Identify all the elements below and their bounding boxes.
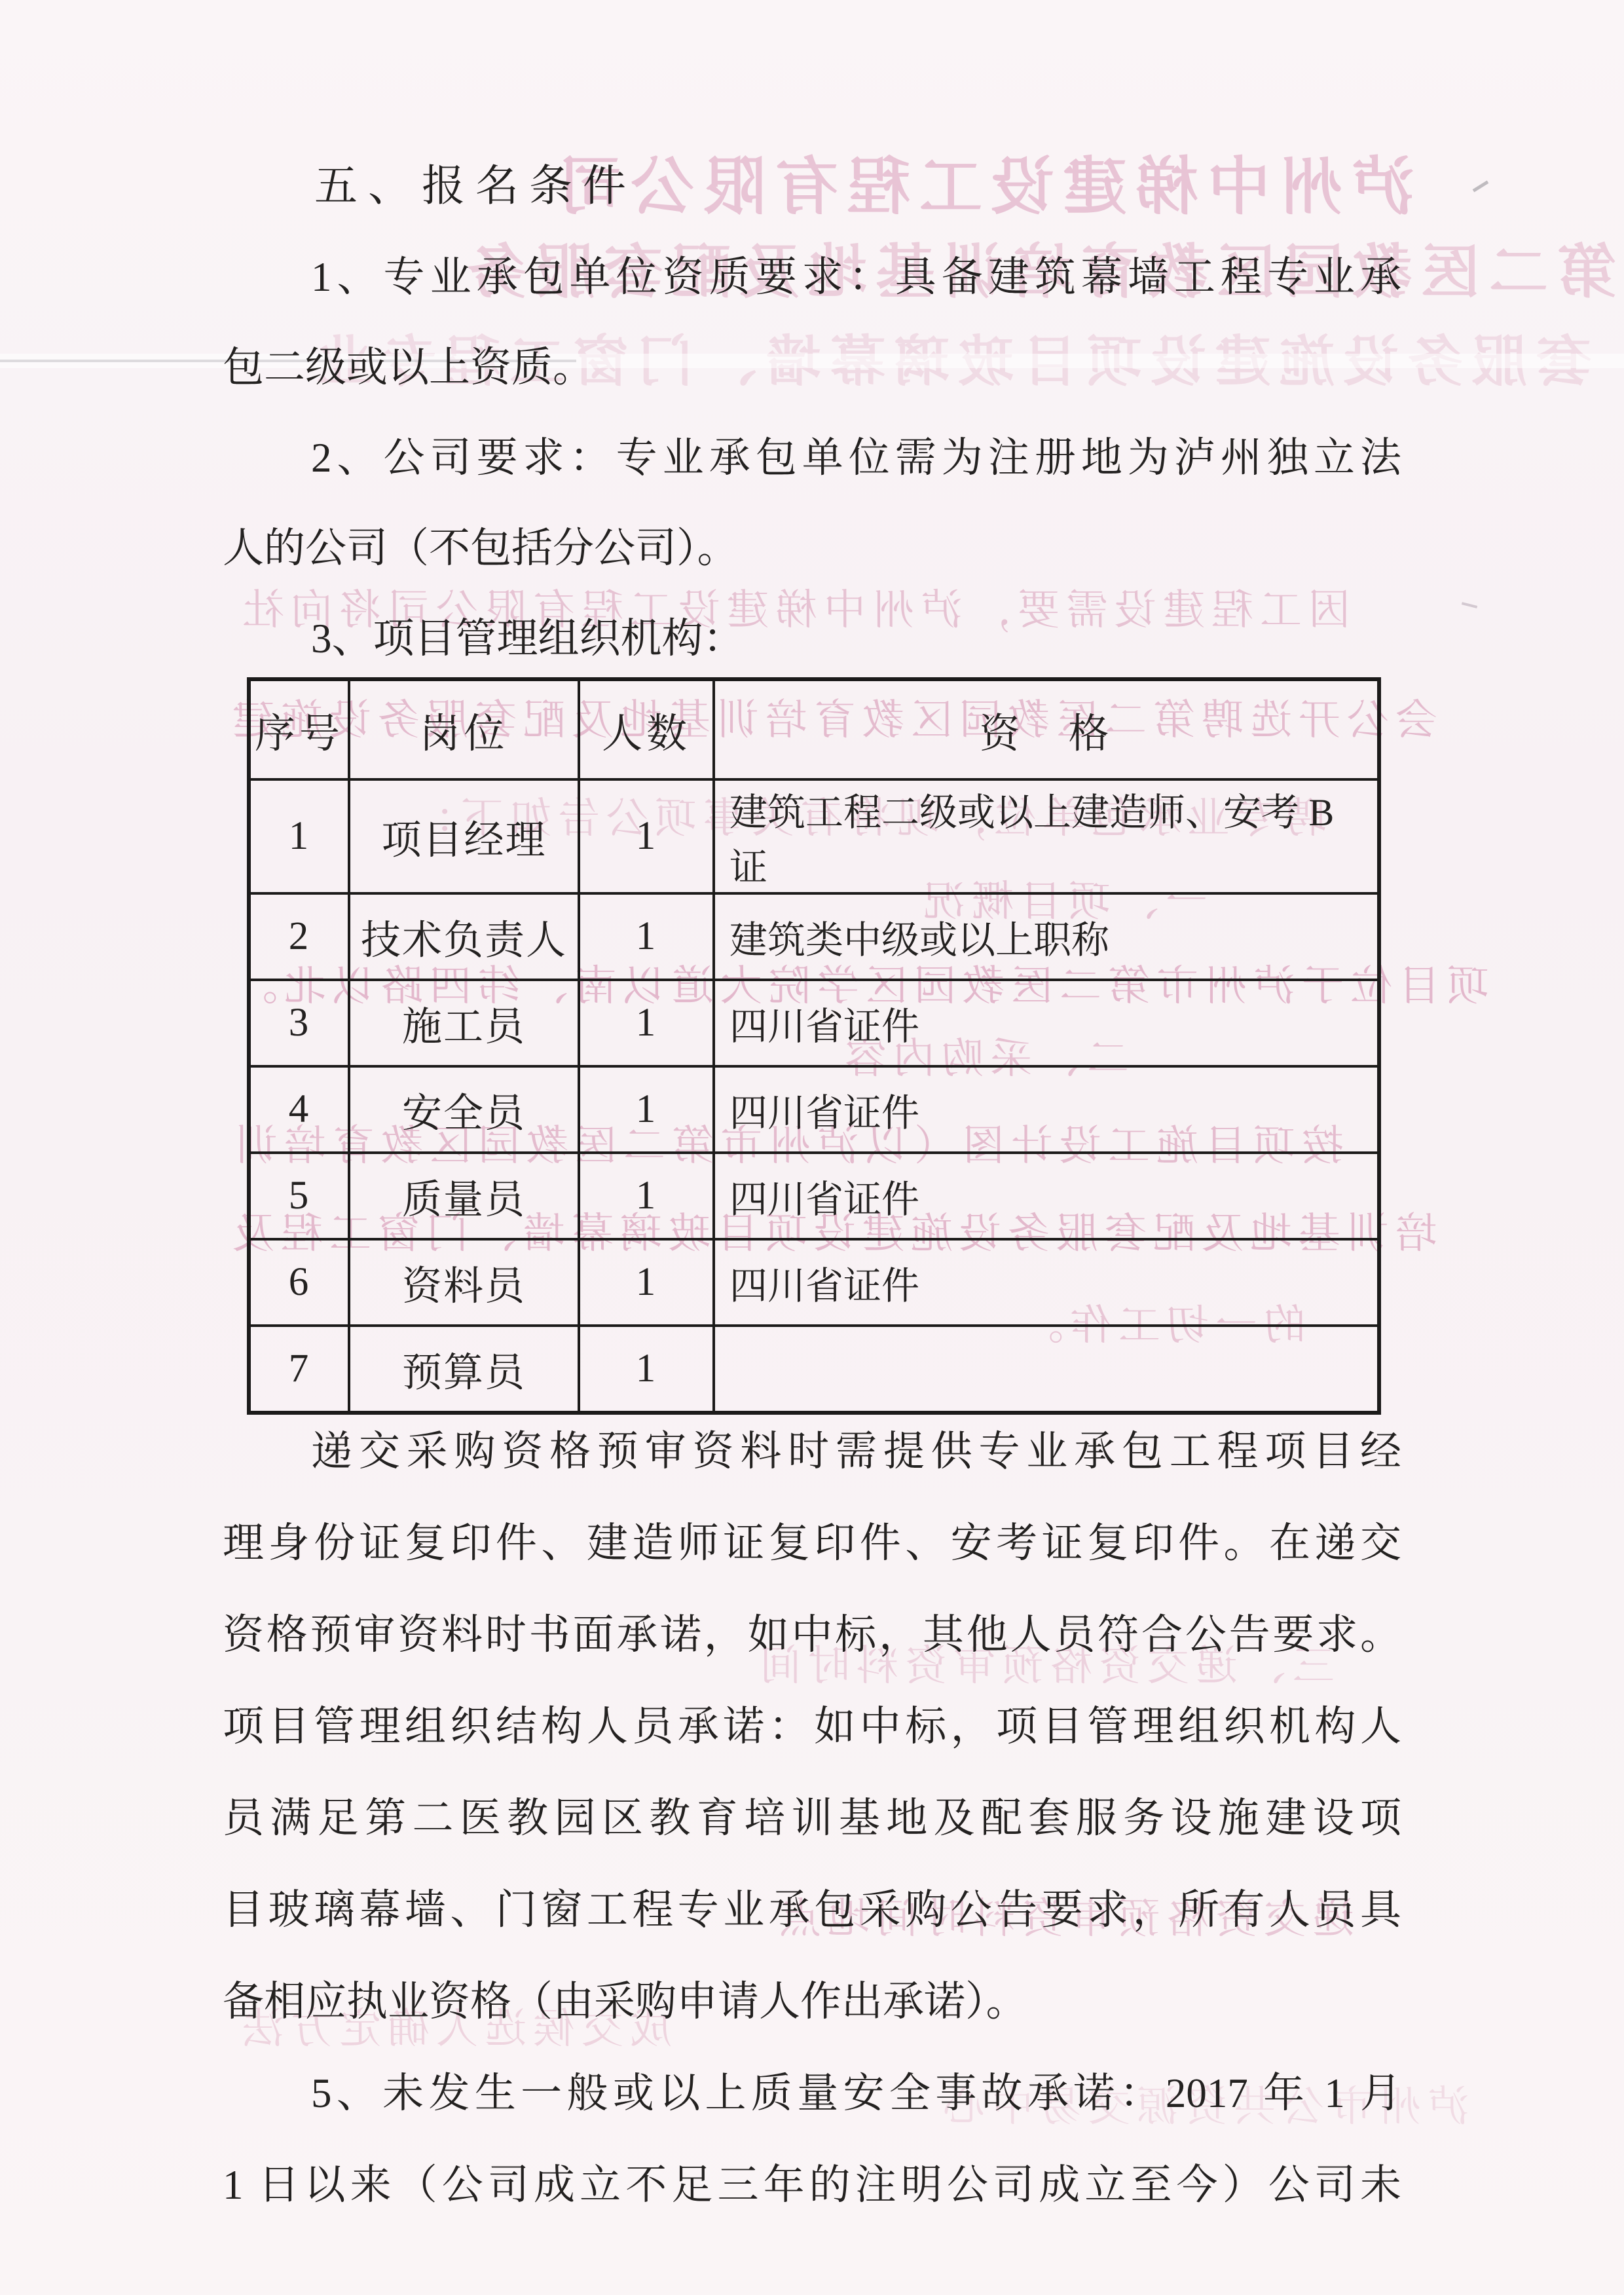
- table-row: 4 安全员 1 四川省证件: [249, 1066, 1379, 1153]
- cell-position: 施工员: [349, 980, 579, 1066]
- paragraph-line: 1 日以来（公司成立不足三年的注明公司成立至今）公司未: [223, 2139, 1401, 2231]
- paragraph-line: 员满足第二医教园区教育培训基地及配套服务设施建设项: [223, 1772, 1401, 1864]
- cell-qualification: 建筑工程二级或以上建造师、安考 B 证: [714, 779, 1379, 893]
- table-row: 5 质量员 1 四川省证件: [249, 1153, 1379, 1239]
- cell-position: 安全员: [349, 1066, 579, 1153]
- scan-artifact: [1473, 180, 1489, 192]
- cell-serial: 5: [249, 1153, 349, 1239]
- cell-qualification: 四川省证件: [714, 980, 1379, 1066]
- paragraph-line: 项目管理组织结构人员承诺：如中标，项目管理组织机构人: [223, 1681, 1401, 1772]
- paragraph-line: 资格预审资料时书面承诺，如中标，其他人员符合公告要求。: [223, 1589, 1401, 1681]
- cell-qualification: 四川省证件: [714, 1066, 1379, 1153]
- table-row: 6 资料员 1 四川省证件: [249, 1239, 1379, 1326]
- paragraph-line: 3、项目管理组织机构：: [223, 593, 1401, 684]
- cell-count: 1: [579, 1326, 714, 1413]
- cell-serial: 7: [249, 1326, 349, 1413]
- header-qualification: 资 格: [714, 679, 1379, 779]
- paragraph-line: 理身份证复印件、建造师证复印件、安考证复印件。在递交: [223, 1497, 1401, 1589]
- document-page: 泸州中梯建设工程有限公司 第二医教园区教育培训基地及配套服务 套服务设施建设项目…: [0, 0, 1624, 2295]
- table-row: 1 项目经理 1 建筑工程二级或以上建造师、安考 B 证: [249, 779, 1379, 893]
- cell-position: 质量员: [349, 1153, 579, 1239]
- paragraph-line: 包二级或以上资质。: [223, 322, 1401, 413]
- table-row: 3 施工员 1 四川省证件: [249, 980, 1379, 1066]
- paragraph-line: 1、专业承包单位资质要求：具备建筑幕墙工程专业承: [223, 232, 1401, 322]
- cell-qualification: 四川省证件: [714, 1153, 1379, 1239]
- table-row: 7 预算员 1: [249, 1326, 1379, 1413]
- paragraph-line: 5、未发生一般或以上质量安全事故承诺：2017 年 1 月: [223, 2047, 1401, 2139]
- cell-count: 1: [579, 1066, 714, 1153]
- cell-count: 1: [579, 980, 714, 1066]
- cell-serial: 4: [249, 1066, 349, 1153]
- section-heading: 五、报名条件: [223, 141, 1401, 232]
- paragraph-line: 递交采购资格预审资料时需提供专业承包工程项目经: [223, 1406, 1401, 1497]
- paragraph-line: 人的公司（不包括分公司）。: [223, 503, 1401, 593]
- table-header-row: 序号 岗位 人数 资 格: [249, 679, 1379, 779]
- cell-position: 项目经理: [349, 779, 579, 893]
- cell-serial: 6: [249, 1239, 349, 1326]
- cell-serial: 2: [249, 893, 349, 980]
- cell-qualification: 四川省证件: [714, 1239, 1379, 1326]
- paragraph-line: 2、公司要求：专业承包单位需为注册地为泸州独立法: [223, 413, 1401, 503]
- cell-count: 1: [579, 1239, 714, 1326]
- paragraph-line: 备相应执业资格（由采购申请人作出承诺）。: [223, 1956, 1401, 2047]
- header-count: 人数: [579, 679, 714, 779]
- cell-qualification: 建筑类中级或以上职称: [714, 893, 1379, 980]
- header-serial: 序号: [249, 679, 349, 779]
- scan-artifact: [1462, 602, 1477, 608]
- document-content: 五、报名条件 1、专业承包单位资质要求：具备建筑幕墙工程专业承 包二级或以上资质…: [223, 141, 1401, 2231]
- cell-count: 1: [579, 779, 714, 893]
- cell-qualification: [714, 1326, 1379, 1413]
- post-table-text: 递交采购资格预审资料时需提供专业承包工程项目经 理身份证复印件、建造师证复印件、…: [223, 1406, 1401, 2231]
- header-position: 岗位: [349, 679, 579, 779]
- cell-position: 技术负责人: [349, 893, 579, 980]
- cell-count: 1: [579, 893, 714, 980]
- cell-serial: 3: [249, 980, 349, 1066]
- cell-count: 1: [579, 1153, 714, 1239]
- cell-position: 预算员: [349, 1326, 579, 1413]
- cell-serial: 1: [249, 779, 349, 893]
- paragraph-line: 目玻璃幕墙、门窗工程专业承包采购公告要求，所有人员具: [223, 1864, 1401, 1956]
- staffing-table: 序号 岗位 人数 资 格 1 项目经理 1 建筑工程二级或以上建造师、安考 B …: [247, 677, 1381, 1415]
- cell-position: 资料员: [349, 1239, 579, 1326]
- table-row: 2 技术负责人 1 建筑类中级或以上职称: [249, 893, 1379, 980]
